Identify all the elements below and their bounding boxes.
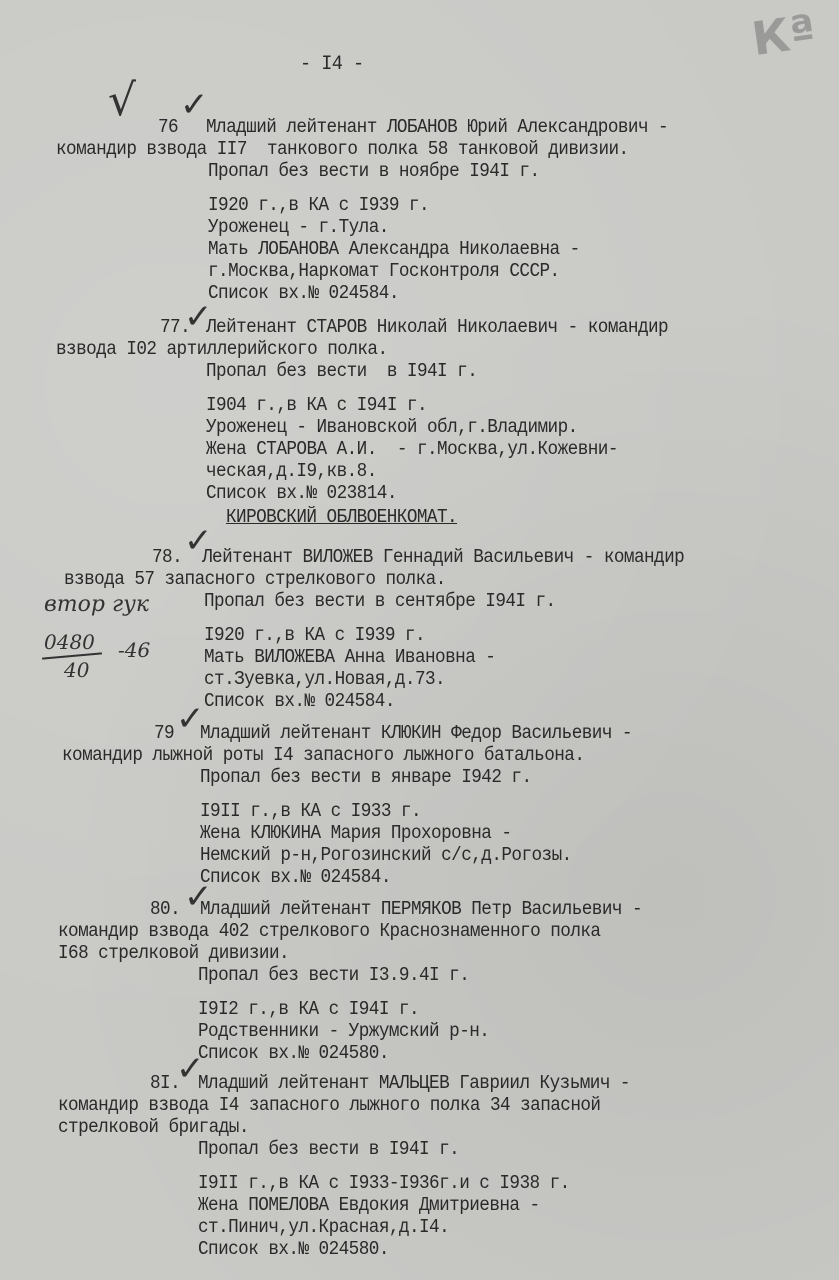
entry-line: Пропал без вести в январе I942 г. xyxy=(200,766,532,788)
entry-line: Список вх.№ 023814. xyxy=(206,482,397,504)
entry-line: командир взвода 402 стрелкового Краснозн… xyxy=(58,920,600,942)
entry-line: ст.Зуевка,ул.Новая,д.73. xyxy=(204,668,445,690)
entry-line: Пропал без вести I3.9.4I г. xyxy=(198,964,469,986)
entry-line: I9II г.,в КА с I933-I936г.и с I938 г. xyxy=(198,1172,570,1194)
checkmark-icon: ✓ xyxy=(180,88,209,122)
checkmark-icon: √ xyxy=(108,84,136,118)
entry-line: Список вх.№ 024580. xyxy=(198,1238,389,1260)
page-number: - I4 - xyxy=(300,54,364,76)
entry-line: Жена СТАРОВА А.И. - г.Москва,ул.Кожевни- xyxy=(206,438,618,460)
entry-line: Список вх.№ 024580. xyxy=(198,1042,389,1064)
entry-line: I68 стрелковой дивизии. xyxy=(58,942,289,964)
entry-line: Пропал без вести в сентябре I94I г. xyxy=(204,590,556,612)
entry-line: Лейтенант СТАРОВ Николай Николаевич - ко… xyxy=(206,316,668,338)
handwritten-numerator: 0480 xyxy=(44,630,95,654)
entry-line: г.Москва,Наркомат Госконтроля СССР. xyxy=(208,260,560,282)
entry-line: Младший лейтенант КЛЮКИН Федор Васильеви… xyxy=(200,722,632,744)
entry-line: Лейтенант ВИЛОЖЕВ Геннадий Васильевич - … xyxy=(202,546,684,568)
entry-line: Мать ЛОБАНОВА Александра Николаевна - xyxy=(208,238,580,260)
entry-line: I9II г.,в КА с I933 г. xyxy=(200,800,421,822)
entry-line: I920 г.,в КА с I939 г. xyxy=(204,624,425,646)
entry-line: Пропал без вести в ноябре I94I г. xyxy=(208,160,540,182)
entry-line: взвода 57 запасного стрелкового полка. xyxy=(64,568,446,590)
entry-line: командир взвода I4 запасного лыжного пол… xyxy=(58,1094,600,1116)
entry-line: Уроженец - г.Тула. xyxy=(208,216,389,238)
entry-line: Жена КЛЮКИНА Мария Прохоровна - xyxy=(200,822,511,844)
corner-mark: Кª xyxy=(749,4,819,66)
handwritten-side-number: -46 xyxy=(118,638,150,662)
document-page: Кª - I4 - √ ✓ 76 Младший лейтенант ЛОБАН… xyxy=(0,0,839,1280)
entry-number: 78. xyxy=(152,546,182,568)
entry-number: 76 xyxy=(158,116,178,138)
entry-line: Пропал без вести в I94I г. xyxy=(198,1138,459,1160)
entry-line: Список вх.№ 024584. xyxy=(208,282,399,304)
handwritten-denominator: 40 xyxy=(64,658,89,682)
entry-line: Список вх.№ 024584. xyxy=(204,690,395,712)
entry-number: 8I. xyxy=(150,1072,180,1094)
entry-line: командир взвода II7 танкового полка 58 т… xyxy=(56,138,629,160)
entry-line: ческая,д.I9,кв.8. xyxy=(206,460,377,482)
entry-line: Уроженец - Ивановской обл,г.Владимир. xyxy=(206,416,578,438)
entry-line: Немский р-н,Рогозинский с/с,д.Рогозы. xyxy=(200,844,572,866)
entry-line: Пропал без вести в I94I г. xyxy=(206,360,477,382)
entry-line: Младший лейтенант ЛОБАНОВ Юрий Александр… xyxy=(206,116,668,138)
entry-line: Мать ВИЛОЖЕВА Анна Ивановна - xyxy=(204,646,495,668)
entry-line: взвода I02 артиллерийского полка. xyxy=(56,338,388,360)
entry-line: Жена ПОМЕЛОВА Евдокия Дмитриевна - xyxy=(198,1194,540,1216)
entry-number: 80. xyxy=(150,898,180,920)
section-heading: КИРОВСКИЙ ОБЛВОЕНКОМАТ. xyxy=(226,506,457,528)
entry-line: ст.Пинич,ул.Красная,д.I4. xyxy=(198,1216,449,1238)
entry-number: 79 xyxy=(154,722,174,744)
entry-line: Родственники - Уржумский р-н. xyxy=(198,1020,489,1042)
entry-line: Список вх.№ 024584. xyxy=(200,866,391,888)
entry-line: I9I2 г.,в КА с I94I г. xyxy=(198,998,419,1020)
entry-number: 77. xyxy=(160,316,190,338)
entry-line: Младший лейтенант МАЛЬЦЕВ Гавриил Кузьми… xyxy=(198,1072,630,1094)
entry-line: I920 г.,в КА с I939 г. xyxy=(208,194,429,216)
entry-line: стрелковой бригады. xyxy=(58,1116,249,1138)
entry-line: командир лыжной роты I4 запасного лыжног… xyxy=(62,744,584,766)
handwritten-note: втор гук xyxy=(44,592,149,617)
entry-line: I904 г.,в КА с I94I г. xyxy=(206,394,427,416)
entry-line: Младший лейтенант ПЕРМЯКОВ Петр Васильев… xyxy=(200,898,642,920)
